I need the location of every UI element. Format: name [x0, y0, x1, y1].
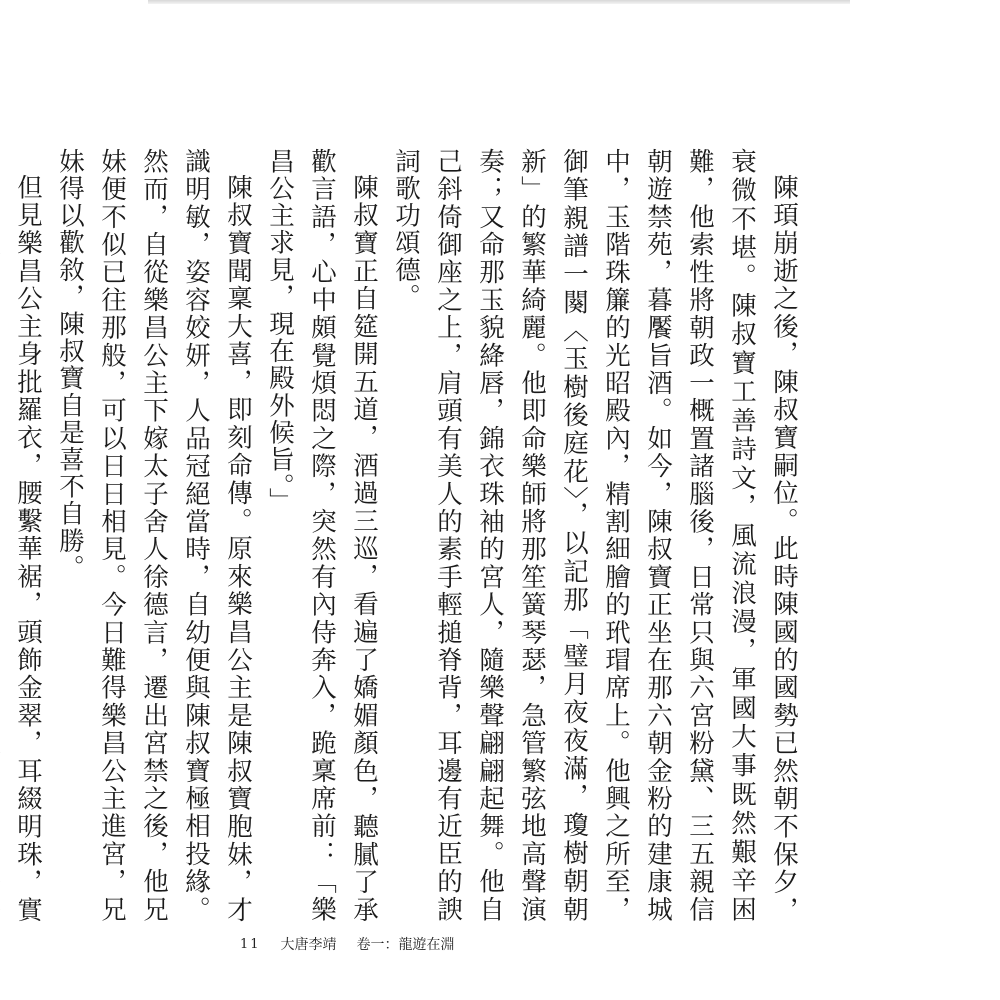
top-rule — [148, 0, 850, 4]
paragraph: 但見樂昌公主身批羅衣，腰繫華裾，頭飾金翠，耳綴明珠，實乃榮曜秋菊，華茂春松。她微… — [0, 148, 49, 923]
paragraph: 陳叔寶聞稟大喜，即刻命傳。原來樂昌公主是陳叔寶胞妹，才識明敏，姿容姣妍，人品冠絕… — [49, 148, 259, 923]
page-number: 11 — [240, 937, 261, 952]
page-body: 陳頊崩逝之後，陳叔寶嗣位。此時陳國的國勢已然朝不保夕，衰微不堪。陳叔寶工善詩文，… — [225, 148, 805, 923]
chapter-title: 卷一：龍遊在淵 — [357, 934, 455, 954]
paragraph: 陳頊崩逝之後，陳叔寶嗣位。此時陳國的國勢已然朝不保夕，衰微不堪。陳叔寶工善詩文，… — [385, 148, 805, 923]
book-title: 大唐李靖 — [281, 934, 337, 954]
page-footer: 11 大唐李靖 卷一：龍遊在淵 — [240, 934, 455, 954]
paragraph: 陳叔寶正自筵開五道，酒過三巡，看遍了嬌媚顏色，聽膩了承歡言語，心中頗覺煩悶之際，… — [259, 148, 385, 923]
